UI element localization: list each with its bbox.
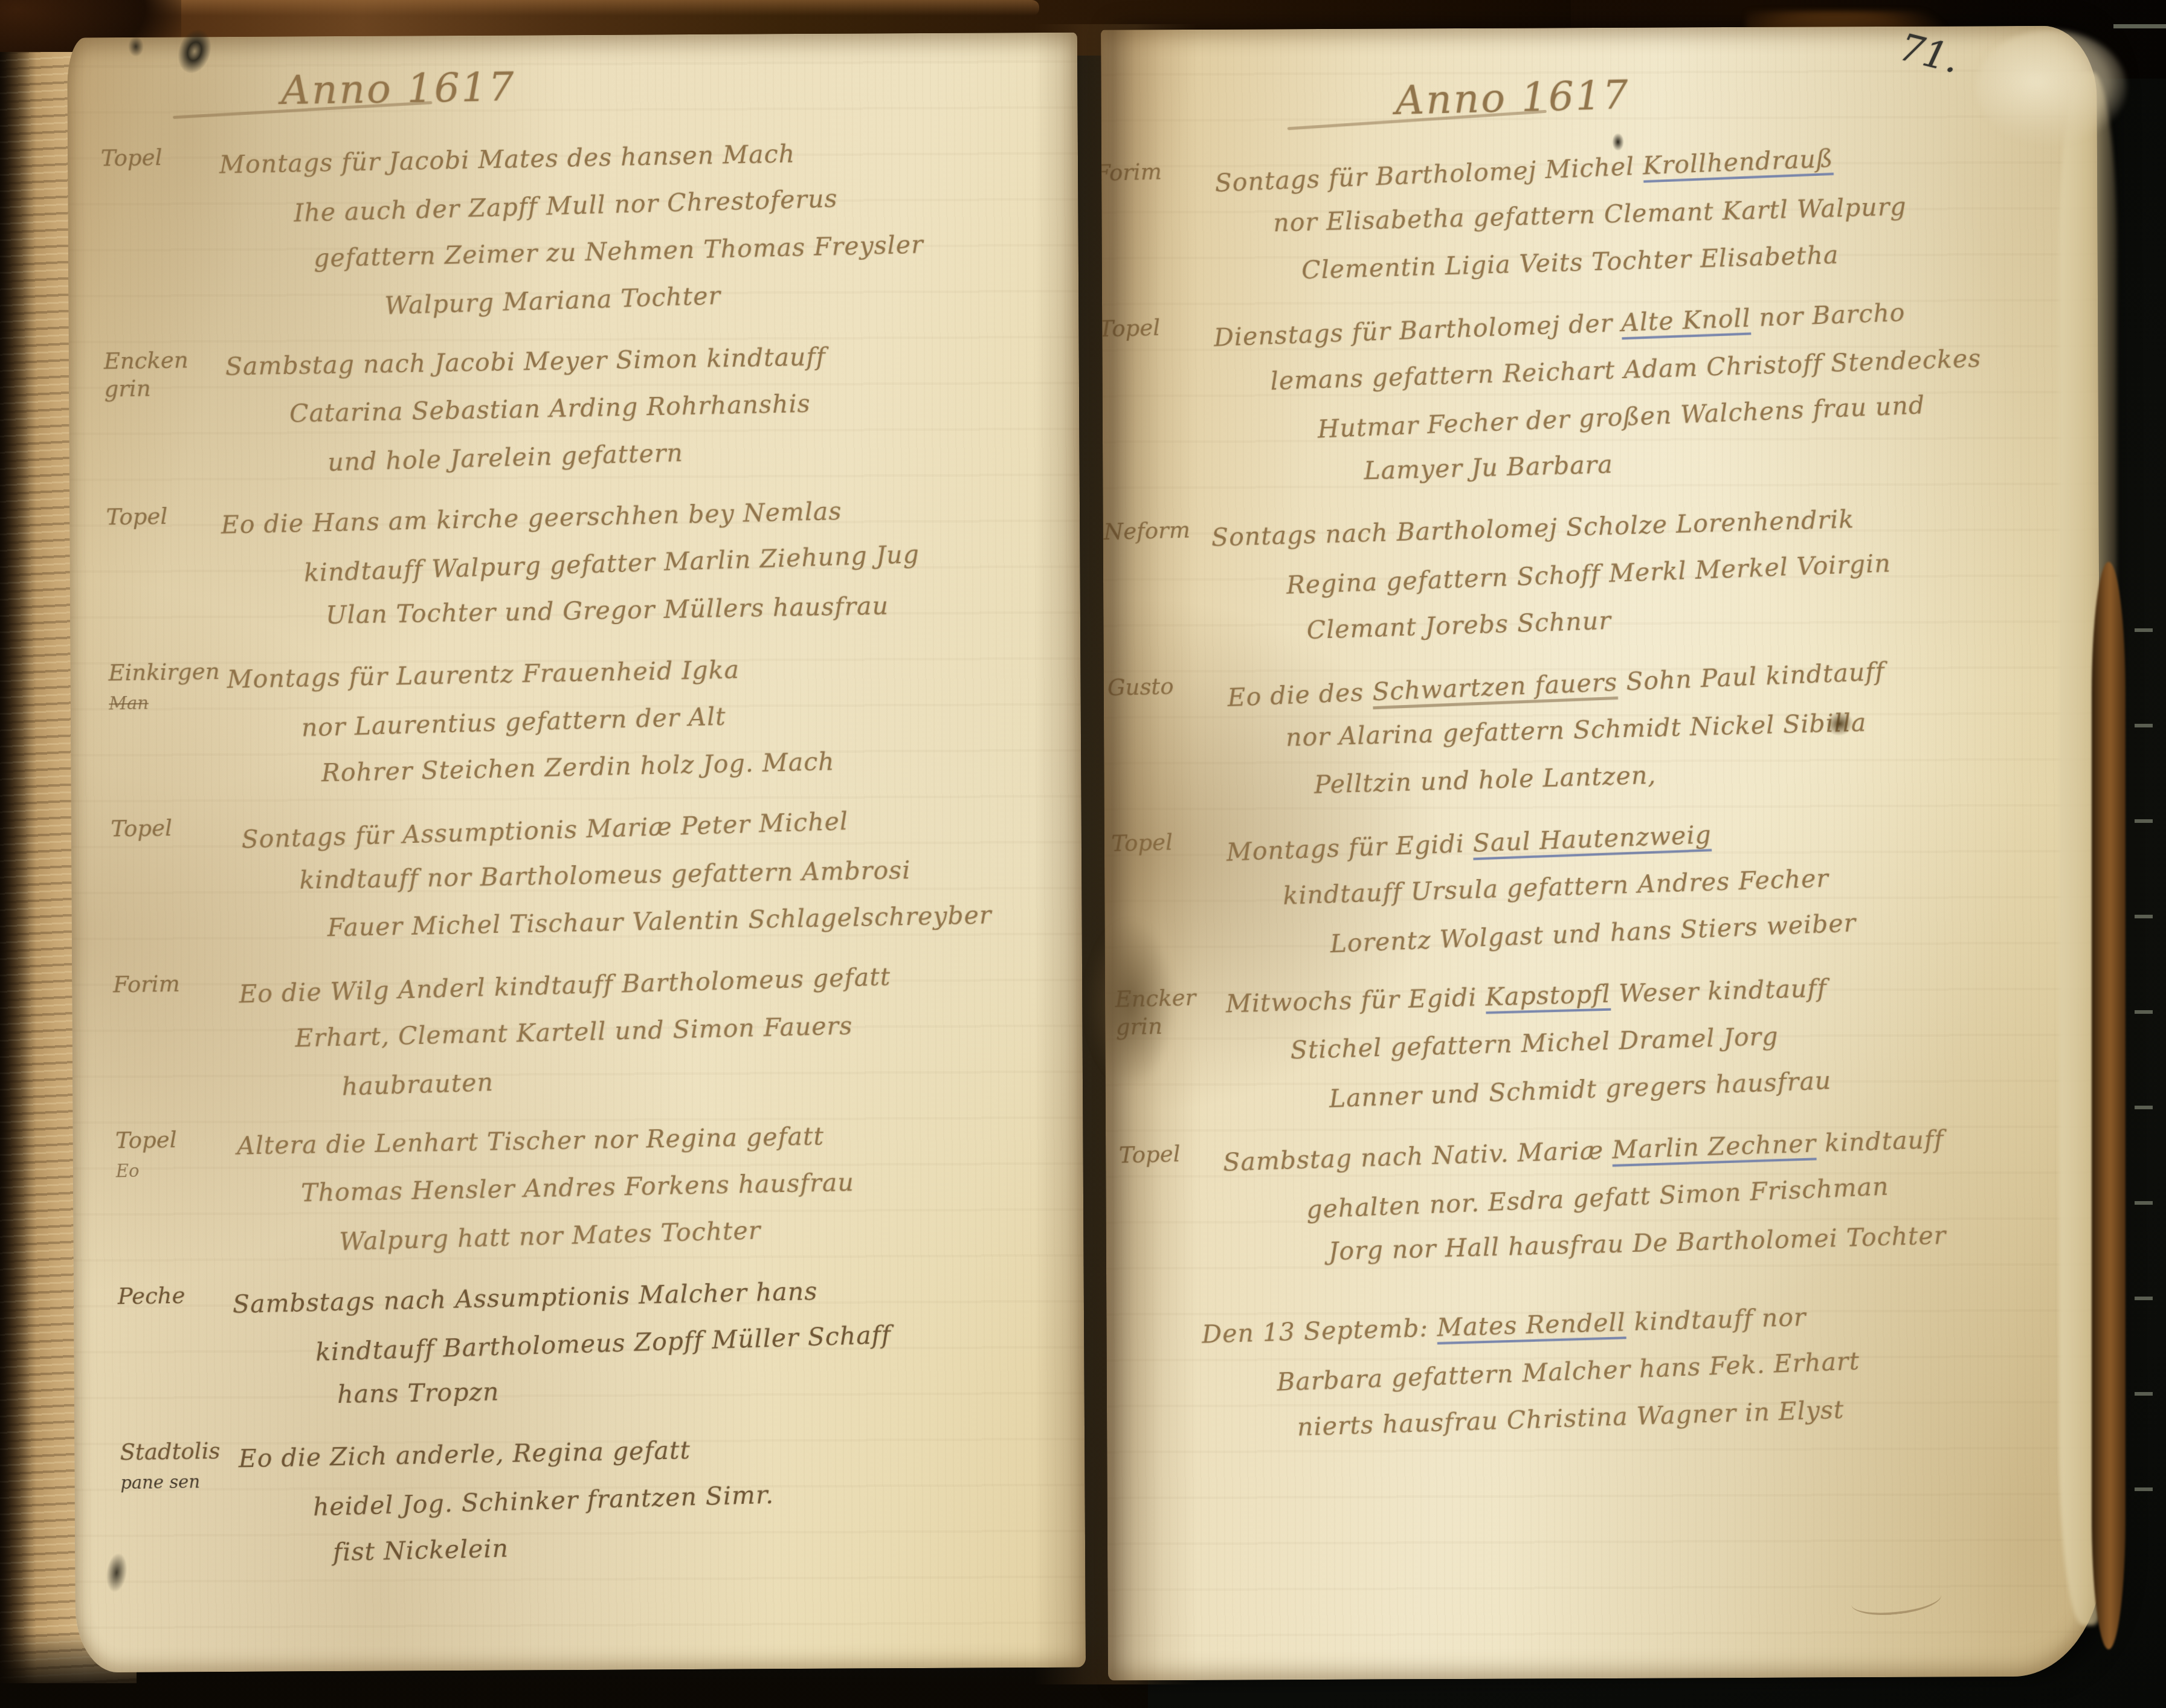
anno-year-heading: Anno 1617 <box>1394 62 1631 134</box>
entry-lines: Altera die Lenhart Tischer nor Regina ge… <box>234 1110 1054 1264</box>
entry-lines: Eo die Zich anderle, Regina gefattheidel… <box>238 1422 1059 1576</box>
margin-column: Gusto <box>1107 669 1218 813</box>
register-entry: ForimSontags für Bartholomej Michel Krol… <box>1101 134 2050 298</box>
photo-scale-mark <box>2113 24 2166 28</box>
underlined-name: Kapstopfl <box>1485 979 1611 1014</box>
entry-lines: Sambstags nach Assumptionis Malcher hans… <box>236 1266 1056 1420</box>
margin-place-label: Topel <box>111 814 230 843</box>
register-entry: Den 13 Septemb: Mates Rendell kindtauff … <box>1123 1289 2078 1453</box>
register-entry: TopelDienstags für Bartholomej der Alte … <box>1101 290 2055 501</box>
ink-blot <box>1612 133 1624 151</box>
underlined-name: Mates Rendell <box>1437 1307 1626 1344</box>
margin-place-label: Topel <box>1118 1139 1226 1169</box>
entry-lines: Montags für Egidi Saul Hautenzweigkindta… <box>1219 804 2066 966</box>
margin-column: Topel <box>106 500 226 643</box>
entry-lines: Den 13 Septemb: Mates Rendell kindtauff … <box>1201 1289 2078 1451</box>
entry-lines: Eo die Hans am kirche geerschhen bey Nem… <box>224 487 1045 640</box>
register-entry: Encker grinMitwochs für Egidi Kapstopfl … <box>1115 960 2070 1124</box>
underlined-name: Schwartzen fauers <box>1371 668 1618 709</box>
entry-lines: Sontags nach Bartholomej Scholze Lorenhe… <box>1211 493 2058 655</box>
photo-scale-marks <box>2135 628 2153 1547</box>
register-entry: TopelEo die Hans am kirche geerschhen be… <box>106 487 1045 642</box>
margin-note: pane sen <box>120 1471 239 1493</box>
register-entry: PecheSambstags nach Assumptionis Malcher… <box>117 1266 1056 1422</box>
left-page-text: Anno 1617 TopelMontags für Jacobi Mates … <box>67 33 1086 1673</box>
register-entry: GustoEo die des Schwartzen fauers Sohn P… <box>1107 648 2062 813</box>
underlined-name: Saul Hautenzweig <box>1472 820 1712 860</box>
margin-place-label: Encken grin <box>104 346 223 404</box>
margin-place-label: Topel <box>1101 313 1207 343</box>
margin-column: TopelEo <box>115 1123 236 1266</box>
register-entry: NeformSontags nach Bartholomej Scholze L… <box>1103 493 2058 657</box>
register-entry: Encken grinSambstag nach Jacobi Meyer Si… <box>103 332 1042 487</box>
margin-column: Neform <box>1103 514 1214 657</box>
entry-lines: Eo die Wilg Anderl kindtauff Bartholomeu… <box>231 955 1052 1108</box>
margin-column: Forim <box>113 967 233 1110</box>
margin-place-label: Einkirgen <box>108 658 227 688</box>
margin-place-label: Peche <box>117 1281 236 1310</box>
entry-lines: Mitwochs für Egidi Kapstopfl Weser kindt… <box>1222 960 2070 1122</box>
underlined-name: Marlin Zechner <box>1611 1129 1817 1167</box>
underlined-name: Alte Knoll <box>1620 303 1751 340</box>
leather-spine-strip <box>2092 562 2126 1649</box>
margin-column: Stadtolispane sen <box>120 1434 240 1577</box>
struck-margin-note: Man <box>109 692 227 714</box>
margin-column: Peche <box>117 1278 237 1422</box>
margin-place-label: Topel <box>106 502 225 532</box>
margin-column: Encken grin <box>103 344 224 487</box>
margin-place-label: Topel <box>1111 828 1219 858</box>
right-page-entries: ForimSontags für Bartholomej Michel Krol… <box>1101 134 2078 1454</box>
entry-lines: Montags für Jacobi Mates des hansen Mach… <box>219 129 1040 329</box>
entry-lines: Sambstag nach Jacobi Meyer Simon kindtau… <box>222 332 1042 485</box>
entry-lines: Eo die des Schwartzen fauers Sohn Paul k… <box>1214 648 2062 810</box>
right-page-text: Anno 1617 ForimSontags für Bartholomej M… <box>1101 25 2104 1680</box>
margin-place-label: Forim <box>113 969 232 999</box>
left-page-entries: TopelMontags für Jacobi Mates des hansen… <box>100 129 1059 1578</box>
entry-lines: Montags für Laurentz Frauenheid Igkanor … <box>227 643 1047 796</box>
margin-column: Topel <box>111 811 231 955</box>
right-page: 71. Anno 1617 ForimSontags für Bartholom… <box>1101 25 2104 1680</box>
margin-place-label: Stadtolis <box>120 1437 239 1466</box>
register-entry: TopelSontags für Assumptionis Mariæ Pete… <box>111 799 1049 954</box>
book-photograph: Anno 1617 TopelMontags für Jacobi Mates … <box>0 0 2166 1708</box>
register-entry: ForimEo die Wilg Anderl kindtauff Bartho… <box>113 955 1052 1110</box>
margin-column: Forim <box>1101 155 1205 298</box>
left-page-heading: Anno 1617 <box>280 47 1037 131</box>
margin-column: Topel <box>100 141 222 331</box>
margin-place-label: Topel <box>115 1125 234 1155</box>
ink-blot <box>128 36 144 57</box>
ink-smudge <box>1085 918 1176 1088</box>
margin-place-label: Gusto <box>1107 672 1216 702</box>
margin-place-label: Neform <box>1103 516 1211 546</box>
margin-column: Topel <box>1118 1136 1230 1280</box>
register-entry: TopelEoAltera die Lenhart Tischer nor Re… <box>115 1110 1054 1266</box>
frayed-paper-top-right <box>1976 30 2127 145</box>
register-entry: TopelSambstag nach Nativ. Mariæ Marlin Z… <box>1118 1116 2074 1280</box>
entry-lines: Sambstag nach Nativ. Mariæ Marlin Zechne… <box>1226 1116 2074 1278</box>
entry-lines: Sontags für Assumptionis Mariæ Peter Mic… <box>229 799 1049 952</box>
anno-year-heading: Anno 1617 <box>280 54 516 124</box>
margin-column: Topel <box>1101 311 1210 501</box>
register-entry: Stadtolispane senEo die Zich anderle, Re… <box>120 1422 1059 1577</box>
register-entry: EinkirgenManMontags für Laurentz Frauenh… <box>108 643 1047 798</box>
entry-lines: Sontags für Bartholomej Michel Krollhend… <box>1202 134 2050 296</box>
margin-column: EinkirgenMan <box>108 656 228 799</box>
entry-lines: Dienstags für Bartholomej der Alte Knoll… <box>1206 290 2055 499</box>
left-page: Anno 1617 TopelMontags für Jacobi Mates … <box>67 33 1086 1673</box>
underlined-name: Krollhendrauß <box>1642 144 1834 183</box>
margin-note: Eo <box>115 1159 234 1181</box>
register-entry: TopelMontags für Jacobi Mates des hansen… <box>100 129 1040 331</box>
margin-place-label: Topel <box>101 143 220 173</box>
margin-place-label: Forim <box>1101 157 1203 187</box>
register-entry: TopelMontags für Egidi Saul Hautenzweigk… <box>1111 804 2066 968</box>
